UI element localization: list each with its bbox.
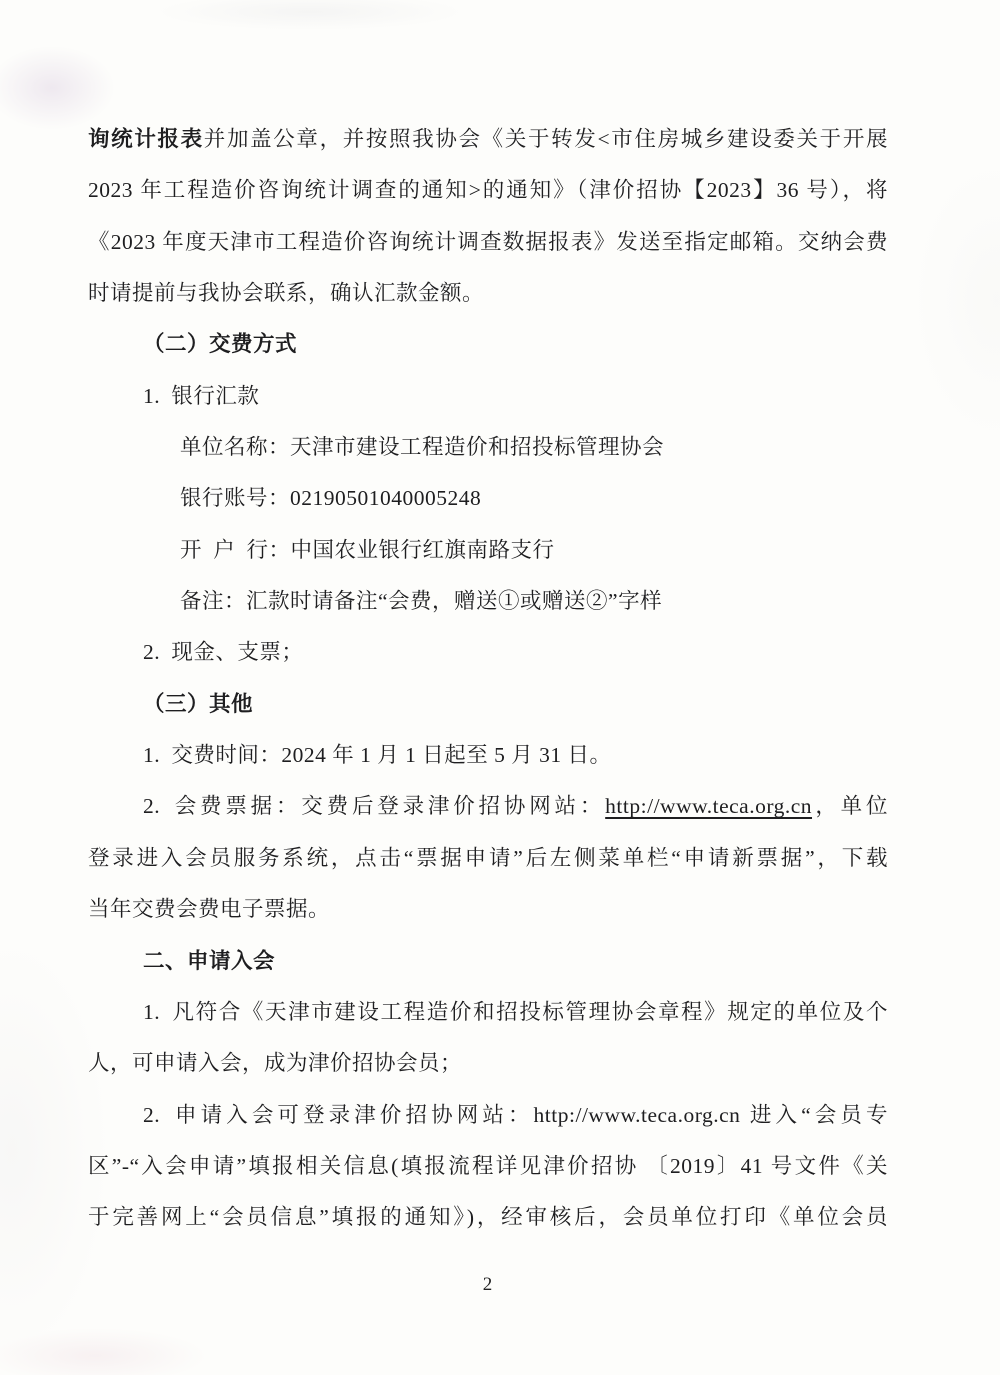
heading-payment-method: （二）交费方式	[88, 319, 888, 370]
field-bank-account-number: 银行账号：02190501040005248	[88, 473, 888, 524]
field-bank-branch: 开 户 行：中国农业银行红旗南路支行	[88, 525, 888, 576]
body-line: 人，可申请入会，成为津价招协会员；	[88, 1038, 888, 1089]
list-item-apply-online: 2. 申请入会可登录津价招协网站：http://www.teca.org.cn …	[88, 1090, 888, 1141]
body-line-continuation: 询统计报表并加盖公章，并按照我协会《关于转发<市住房城乡建设委关于开展	[88, 114, 888, 165]
list-item-eligibility: 1. 凡符合《天津市建设工程造价和招投标管理协会章程》规定的单位及个	[88, 987, 888, 1038]
body-line: 登录进入会员服务系统，点击“票据申请”后左侧菜单栏“申请新票据”，下载	[88, 833, 888, 884]
list-item-fee-receipt: 2. 会费票据：交费后登录津价招协网站：http://www.teca.org.…	[88, 781, 888, 832]
list-item-payment-period: 1. 交费时间：2024 年 1 月 1 日起至 5 月 31 日。	[88, 730, 888, 781]
heading-membership-application: 二、申请入会	[88, 936, 888, 987]
document-body: 询统计报表并加盖公章，并按照我协会《关于转发<市住房城乡建设委关于开展 2023…	[88, 114, 888, 1244]
scanned-document-page: { "colors": { "paper": "#fdfdfb", "ink":…	[0, 0, 1000, 1375]
bold-run-statistics-report: 询统计报表	[88, 127, 204, 151]
text-run: 并加盖公章，并按照我协会《关于转发<市住房城乡建设委关于开展	[204, 127, 888, 151]
body-line: 当年交费会费电子票据。	[88, 884, 888, 935]
body-line: 于完善网上“会员信息”填报的通知》)，经审核后，会员单位打印《单位会员	[88, 1192, 888, 1243]
list-item-cash-cheque: 2. 现金、支票；	[88, 627, 888, 678]
body-line: 《2023 年度天津市工程造价咨询统计调查数据报表》发送至指定邮箱。交纳会费	[88, 217, 888, 268]
text-run: 2. 会费票据：交费后登录津价招协网站：	[143, 794, 605, 818]
teca-website-url: http://www.teca.org.cn	[605, 794, 812, 818]
field-remittance-remark: 备注：汇款时请备注“会费，赠送①或赠送②”字样	[88, 576, 888, 627]
list-item-bank-transfer: 1. 银行汇款	[88, 371, 888, 422]
text-run: ，单位	[812, 794, 888, 818]
heading-other: （三）其他	[88, 679, 888, 730]
body-line: 时请提前与我协会联系，确认汇款金额。	[88, 268, 888, 319]
body-line: 2023 年工程造价咨询统计调查的通知>的通知》（津价招协【2023】36 号）…	[88, 165, 888, 216]
page-number: 2	[0, 1270, 975, 1300]
body-line: 区”-“入会申请”填报相关信息(填报流程详见津价招协 〔2019〕41 号文件《…	[88, 1141, 888, 1192]
field-unit-name: 单位名称：天津市建设工程造价和招投标管理协会	[88, 422, 888, 473]
